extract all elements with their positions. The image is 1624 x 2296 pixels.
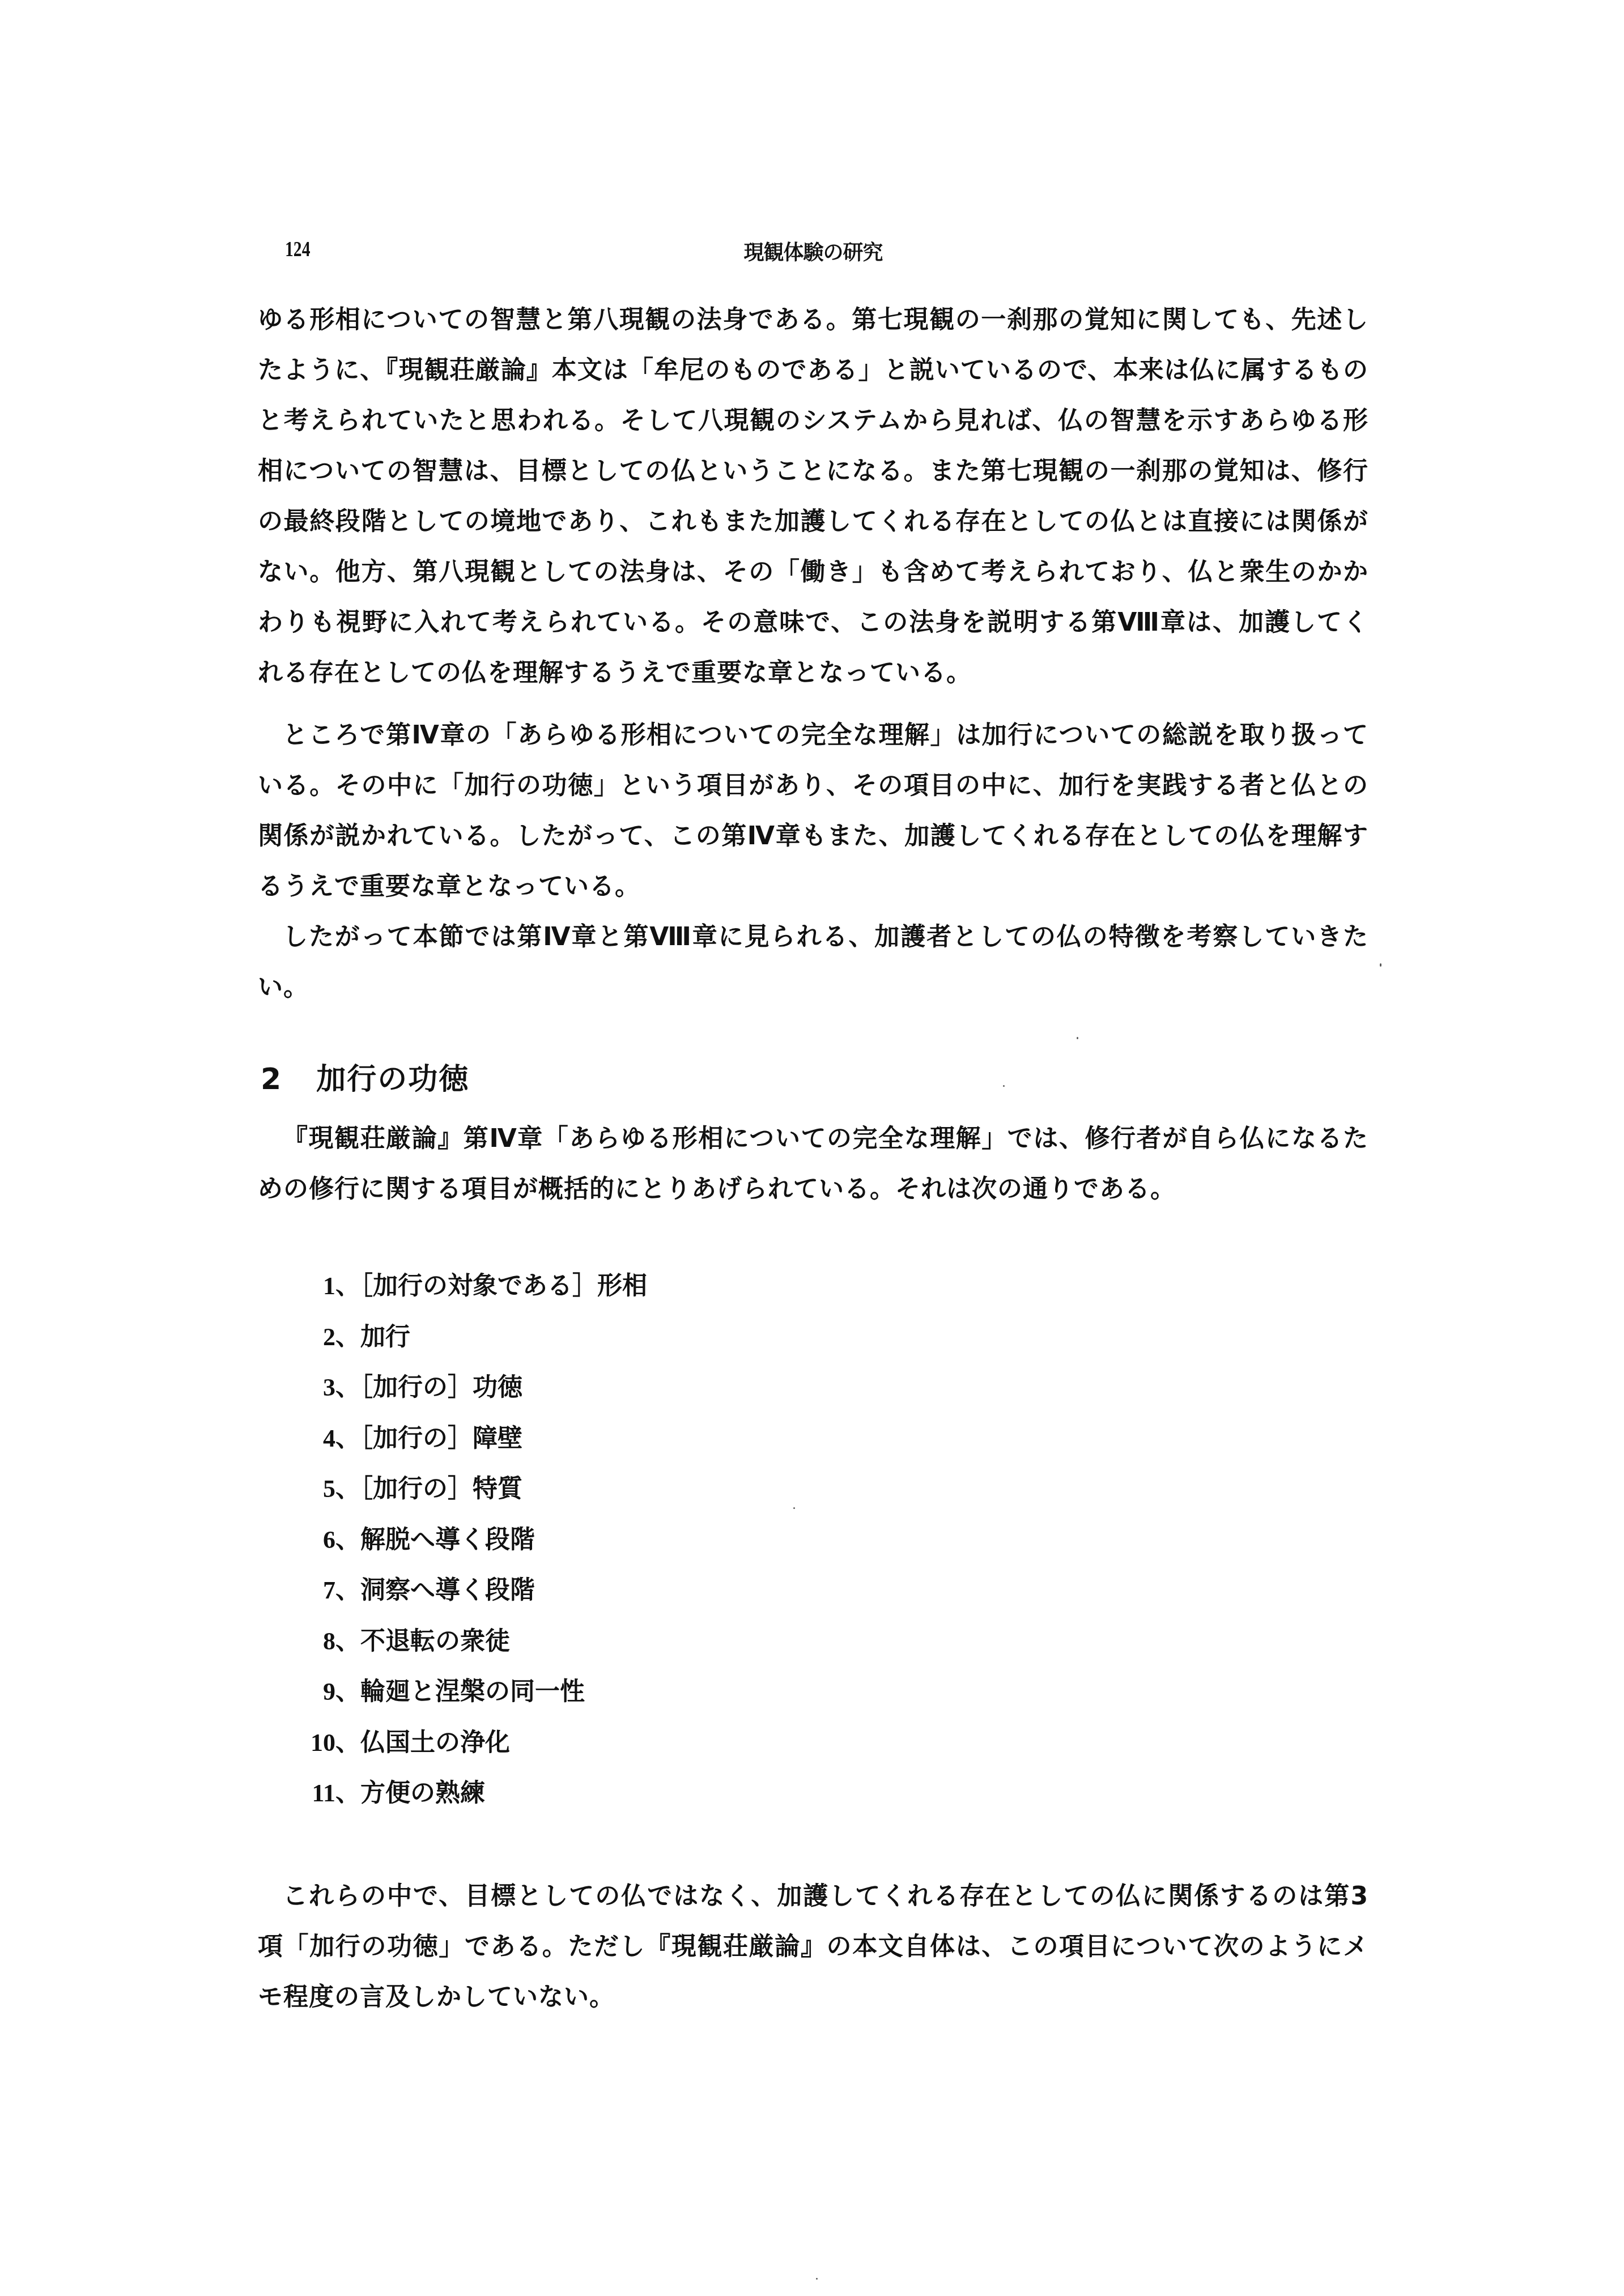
paragraph-3: したがって本節では第Ⅳ章と第Ⅷ章に見られる、加護者としての仏の特徴を考察していき… [258,912,1368,1013]
list-item-separator: 、 [335,1576,360,1605]
paragraph-text: これらの中で、目標としての仏ではなく、加護してくれる存在としての仏に関係するのは… [258,1871,1368,2022]
list-item-number: 9 [300,1666,335,1717]
paragraph-1: ゆる形相についての智慧と第八現観の法身である。第七現観の一刹那の覚知に関しても、… [258,295,1368,698]
numbered-list: 1、［加行の対象である］形相 2、加行 3、［加行の］功徳 4、［加行の］障壁 … [300,1261,647,1819]
paragraph-text: したがって本節では第Ⅳ章と第Ⅷ章に見られる、加護者としての仏の特徴を考察していき… [258,912,1368,1013]
list-item-text: 洞察へ導く段階 [360,1576,535,1605]
scan-speck [816,2278,818,2280]
list-item-separator: 、 [335,1728,360,1757]
list-item-number: 5 [300,1464,335,1515]
list-item-text: ［加行の対象である］形相 [360,1272,647,1300]
running-head: 124 現観体験の研究 [258,237,1368,271]
list-item: 1、［加行の対象である］形相 [300,1261,647,1312]
paragraph-4: 『現観荘厳論』第Ⅳ章「あらゆる形相についての完全な理解」では、修行者が自ら仏にな… [258,1113,1368,1214]
section-title: 加行の功徳 [316,1062,469,1096]
list-item-number: 11 [300,1768,335,1819]
list-item-number: 4 [300,1413,335,1464]
list-item-number: 7 [300,1565,335,1616]
list-item-separator: 、 [335,1424,360,1453]
list-item-text: 加行 [360,1323,410,1351]
book-page: 124 現観体験の研究 ゆる形相についての智慧と第八現観の法身である。第七現観の… [0,0,1624,2296]
list-item-number: 10 [300,1717,335,1768]
list-item: 11、方便の熟練 [300,1768,647,1819]
list-item-text: 解脱へ導く段階 [360,1525,535,1554]
list-item-text: ［加行の］障壁 [360,1424,522,1453]
list-item-number: 6 [300,1515,335,1566]
list-item-number: 2 [300,1312,335,1363]
paragraph-text: 『現観荘厳論』第Ⅳ章「あらゆる形相についての完全な理解」では、修行者が自ら仏にな… [258,1113,1368,1214]
list-item-separator: 、 [335,1474,360,1503]
list-item-separator: 、 [335,1779,360,1808]
list-item-text: 不退転の衆徒 [360,1627,510,1656]
list-item-text: ［加行の］功徳 [360,1373,522,1402]
paragraph-5: これらの中で、目標としての仏ではなく、加護してくれる存在としての仏に関係するのは… [258,1871,1368,2022]
list-item: 5、［加行の］特質 [300,1464,647,1515]
list-item-separator: 、 [335,1677,360,1706]
list-item-separator: 、 [335,1323,360,1351]
list-item-text: 輪廻と涅槃の同一性 [360,1677,585,1706]
section-number: 2 [261,1062,282,1096]
running-title: 現観体験の研究 [258,237,1368,266]
list-item-number: 3 [300,1362,335,1413]
list-item: 8、不退転の衆徒 [300,1616,647,1667]
list-item: 9、輪廻と涅槃の同一性 [300,1666,647,1717]
list-item-text: 仏国土の浄化 [360,1728,510,1757]
list-item-text: ［加行の］特質 [360,1474,522,1503]
list-item: 4、［加行の］障壁 [300,1413,647,1464]
scan-speck [793,1507,795,1509]
list-item: 10、仏国土の浄化 [300,1717,647,1768]
list-item-number: 8 [300,1616,335,1667]
list-item-text: 方便の熟練 [360,1779,485,1808]
list-item-number: 1 [300,1261,335,1312]
list-item-separator: 、 [335,1627,360,1656]
list-item: 2、加行 [300,1312,647,1363]
paragraph-2: ところで第Ⅳ章の「あらゆる形相についての完全な理解」は加行についての総説を取り扱… [258,710,1368,912]
section-heading: 2加行の功徳 [261,1055,469,1098]
scan-speck [1380,963,1381,967]
list-item: 7、洞察へ導く段階 [300,1565,647,1616]
paragraph-text: ゆる形相についての智慧と第八現観の法身である。第七現観の一刹那の覚知に関しても、… [258,295,1368,698]
list-item: 6、解脱へ導く段階 [300,1515,647,1566]
scan-speck [504,567,507,570]
paragraph-text: ところで第Ⅳ章の「あらゆる形相についての完全な理解」は加行についての総説を取り扱… [258,710,1368,912]
list-item-separator: 、 [335,1525,360,1554]
list-item-separator: 、 [335,1373,360,1402]
scan-speck [1077,1037,1078,1039]
list-item-separator: 、 [335,1272,360,1300]
list-item: 3、［加行の］功徳 [300,1362,647,1413]
scan-speck [1003,1085,1005,1087]
